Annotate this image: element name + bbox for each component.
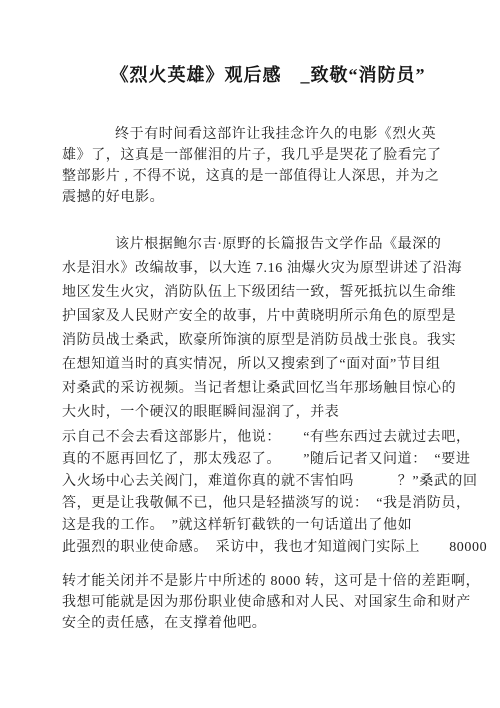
paragraph-interview: 示自己不会去看这部影片，他说： “有些东西过去就过去吧， 真的不愿再回忆了，那太…: [62, 427, 474, 559]
paragraph-conclusion: 转才能关闭并不是影片中所述的 8000 转，这可是十倍的差距啊， 我想可能就是因…: [62, 571, 474, 634]
document-page: 《烈火英雄》观后感 _致敬“消防员” 终于有时间看这部许让我挂念许久的电影《烈火…: [0, 0, 500, 708]
paragraph-background: 该片根据鲍尔吉·原野的长篇报告文学作品《最深的 水是泪水》改编故事，以大连 7.…: [62, 233, 474, 425]
paragraph-intro: 终于有时间看这部许让我挂念许久的电影《烈火英 雄》了，这真是一部催泪的片子，我几…: [62, 124, 474, 208]
document-title: 《烈火英雄》观后感 _致敬“消防员”: [62, 62, 474, 88]
